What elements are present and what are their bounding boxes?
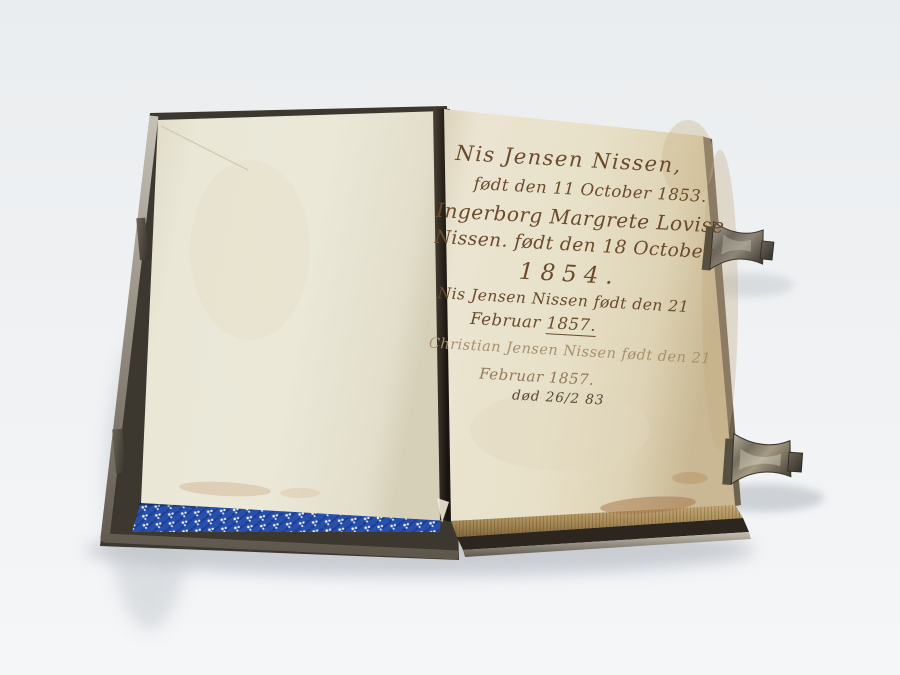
book-illustration xyxy=(0,0,900,675)
clasp-bottom xyxy=(722,433,803,490)
left-page xyxy=(141,111,449,521)
photo-of-open-book: Nis Jensen Nissen, født den 11 October 1… xyxy=(0,0,900,675)
